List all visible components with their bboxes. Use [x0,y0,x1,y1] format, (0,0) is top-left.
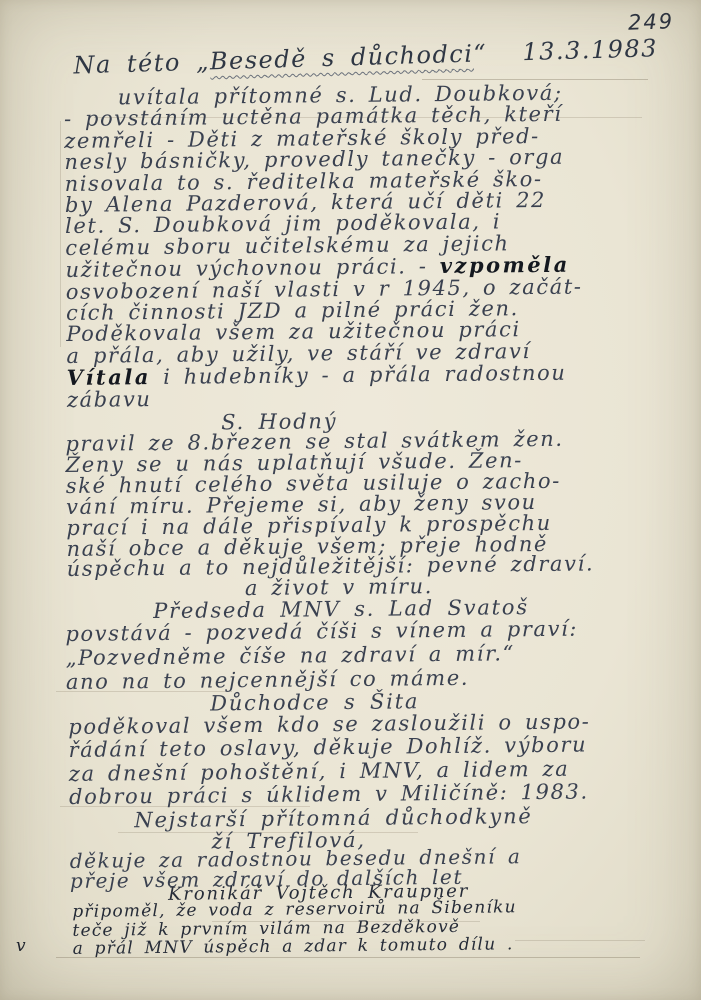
entry-title: Na této „Besedě s důchodci“ 13.3.1983 [73,34,658,79]
corner-mark: v [16,936,26,956]
title-lead: Na této [73,48,181,79]
title-underlined: Besedě s důchodci [209,40,473,76]
paragraph-thanks: poděkoval všem kdo se zasloužili o uspo-… [68,710,591,809]
manuscript-line: zábavu [67,384,584,411]
manuscript-line: Vítala i hudebníky - a přála radostnou [67,362,584,390]
manuscript-line: a přál MNV úspěch a zdar k tomuto dílu . [73,935,518,958]
title-quote-open: „ [196,47,211,75]
paragraph-hodny-speech: pravil ze 8.březen se stal svátkem žen. … [65,428,594,601]
title-quote-close: “ [473,39,488,67]
paragraph-welcome: uvítala přítomné s. Lud. Doubková; - pov… [64,83,584,411]
entry-date: 13.3.1983 [522,34,658,66]
manuscript: Na této „Besedě s důchodci“ 13.3.1983 uv… [0,0,701,1000]
paragraph-toast: povstává - pozvedá číši s vínem a praví:… [65,617,578,694]
chronicle-page: 249 Na této „Besedě s důchodci“ 13.3.198… [0,0,701,1000]
paragraph-kronikar-note: připoměl, že voda z reservoirů na Šibení… [72,898,517,958]
